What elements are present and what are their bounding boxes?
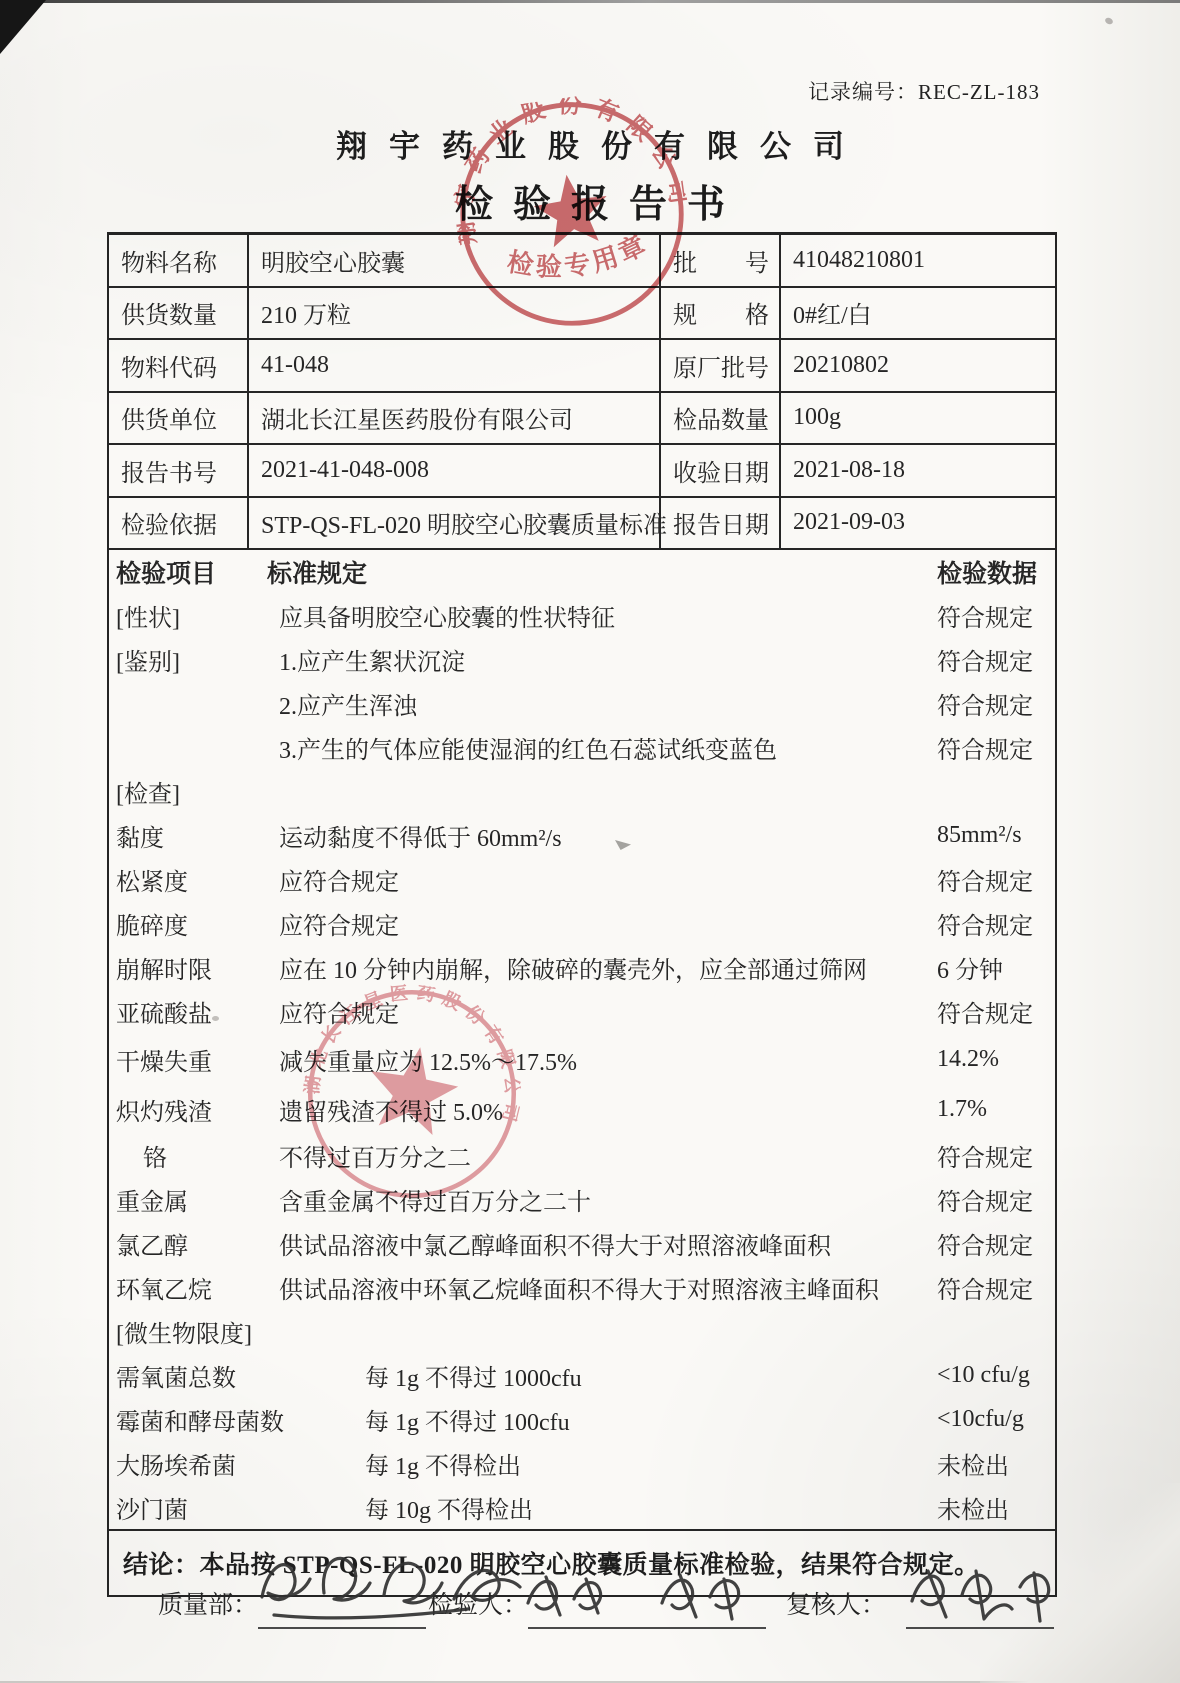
test-standard: 2.应产生浑浊 [279, 686, 937, 721]
test-result: <10cfu/g [937, 1406, 1055, 1433]
result-row: 松紧度 应符合规定 符合规定 [109, 857, 1055, 901]
star-icon [530, 170, 612, 250]
info-value: 2021-41-048-008 [247, 445, 659, 496]
results-header: 检验项目 标准规定 检验数据 [109, 550, 1055, 593]
results-header-item: 检验项目 [109, 554, 279, 590]
reviewer-signature-handwriting [892, 1543, 1072, 1635]
info-label: 供货数量 [109, 288, 247, 339]
result-row: 沙门菌 每 10g 不得检出 未检出 [109, 1485, 1055, 1529]
test-standard: 供试品溶液中环氧乙烷峰面积不得大于对照溶液主峰面积 [279, 1270, 937, 1305]
results-header-standard: 标准规定 [267, 554, 937, 590]
results-header-data: 检验数据 [937, 554, 1055, 590]
result-row: 环氧乙烷 供试品溶液中环氧乙烷峰面积不得大于对照溶液主峰面积 符合规定 [109, 1265, 1055, 1309]
test-standard: 1.应产生絮状沉淀 [279, 642, 937, 677]
test-item-name: 大肠埃希菌 [109, 1446, 279, 1481]
test-item-name: [检查] [109, 774, 279, 809]
supplier-stamp: 湖北长江星医药股份有限公司 [286, 968, 539, 1221]
test-standard: 运动黏度不得低于 60mm²/s [279, 818, 937, 853]
info-value: 0#红/白 [779, 288, 1055, 339]
qa-dept-label: 质量部： [158, 1585, 258, 1629]
test-result: 14.2% [937, 1046, 1055, 1073]
qa-signature [258, 1563, 426, 1629]
info-label: 物料名称 [109, 235, 247, 286]
test-result: 符合规定 [937, 906, 1055, 941]
result-row: 铬 不得过百万分之二 符合规定 [109, 1133, 1055, 1177]
info-table-row: 物料代码 41-048 原厂批号 20210802 [109, 340, 1055, 393]
test-result: 6 分钟 [937, 950, 1055, 985]
test-item-name: [性状] [109, 598, 279, 633]
test-item-name: 需氧菌总数 [109, 1358, 279, 1393]
inspector-signature [528, 1563, 766, 1629]
test-result: 符合规定 [937, 598, 1055, 633]
scan-speck [1104, 17, 1114, 26]
result-row: 霉菌和酵母菌数 每 1g 不得过 100cfu <10cfu/g [109, 1397, 1055, 1441]
result-row: 2.应产生浑浊 符合规定 [109, 681, 1055, 725]
qa-signature-handwriting [244, 1535, 544, 1635]
result-row: 需氧菌总数 每 1g 不得过 1000cfu <10 cfu/g [109, 1353, 1055, 1397]
test-result: 符合规定 [937, 1270, 1055, 1305]
test-item-name: 氯乙醇 [109, 1226, 279, 1261]
test-standard: 每 1g 不得检出 [279, 1446, 937, 1481]
inspector-signature-handwriting [514, 1551, 774, 1635]
test-result: 符合规定 [937, 686, 1055, 721]
test-item-name: 炽灼残渣 [109, 1092, 279, 1127]
test-standard: 应具备明胶空心胶囊的性状特征 [279, 598, 937, 633]
signature-section: 质量部： 检验人： 复核人： [158, 1563, 1118, 1629]
test-item-name: [微生物限度] [109, 1314, 279, 1349]
test-item-name: 霉菌和酵母菌数 [109, 1402, 279, 1437]
result-row: [鉴别] 1.应产生絮状沉淀 符合规定 [109, 637, 1055, 681]
scan-corner-artifact [0, 0, 46, 54]
test-item-name: 亚硫酸盐 [109, 994, 279, 1029]
info-table-row: 供货单位 湖北长江星医药股份有限公司 检品数量 100g [109, 393, 1055, 446]
report-page: 记录编号：REC-ZL-183 翔宇药业股份有限公司 检验报告书 物料名称 明胶… [0, 0, 1180, 1683]
info-value: 20210802 [779, 340, 1055, 391]
test-result: 符合规定 [937, 1226, 1055, 1261]
reviewer-label: 复核人： [786, 1585, 886, 1629]
test-item-name: [鉴别] [109, 642, 279, 677]
info-value: 湖北长江星医药股份有限公司 [247, 393, 659, 444]
test-result: 符合规定 [937, 1138, 1055, 1173]
test-standard: 应符合规定 [279, 906, 937, 941]
stamp-purpose-text: 检验专用章 [501, 227, 655, 290]
info-value: 41048210801 [779, 235, 1055, 286]
test-result: 85mm²/s [937, 822, 1055, 849]
test-result: 符合规定 [937, 862, 1055, 897]
test-standard: 供试品溶液中氯乙醇峰面积不得大于对照溶液峰面积 [279, 1226, 937, 1261]
result-row: [微生物限度] [109, 1309, 1055, 1353]
info-label: 收验日期 [659, 445, 779, 496]
test-item-name: 松紧度 [109, 862, 279, 897]
test-result: 符合规定 [937, 994, 1055, 1029]
record-number: 记录编号：REC-ZL-183 [808, 76, 1040, 106]
test-item-name: 脆碎度 [109, 906, 279, 941]
info-value: STP-QS-FL-020 明胶空心胶囊质量标准 [247, 498, 659, 549]
test-item-name: 沙门菌 [109, 1490, 279, 1525]
info-label: 报告日期 [659, 498, 779, 549]
test-result: 符合规定 [937, 1182, 1055, 1217]
info-label: 物料代码 [109, 340, 247, 391]
info-value: 41-048 [247, 340, 659, 391]
report-body: 物料名称 明胶空心胶囊 批 号 41048210801 供货数量 210 万粒 … [107, 232, 1057, 1597]
inspection-stamp: 翔宇药业股份有限公司 检验专用章 [441, 83, 703, 345]
result-row: 氯乙醇 供试品溶液中氯乙醇峰面积不得大于对照溶液峰面积 符合规定 [109, 1221, 1055, 1265]
result-row: 3.产生的气体应能使湿润的红色石蕊试纸变蓝色 符合规定 [109, 725, 1055, 769]
info-value: 2021-08-18 [779, 445, 1055, 496]
test-standard: 每 1g 不得过 1000cfu [279, 1358, 937, 1393]
result-row: 亚硫酸盐 应符合规定 符合规定 [109, 989, 1055, 1033]
result-row: 炽灼残渣 遗留残渣不得过 5.0% 1.7% [109, 1085, 1055, 1133]
test-item-name: 铬 [109, 1138, 279, 1173]
info-label: 检验依据 [109, 498, 247, 549]
test-result: 未检出 [937, 1490, 1055, 1525]
reviewer-signature [906, 1563, 1054, 1629]
test-item-name: 干燥失重 [109, 1042, 279, 1077]
test-item-name: 重金属 [109, 1182, 279, 1217]
result-row: 重金属 含重金属不得过百万分之二十 符合规定 [109, 1177, 1055, 1221]
result-row: 崩解时限 应在 10 分钟内崩解，除破碎的囊壳外，应全部通过筛网 6 分钟 [109, 945, 1055, 989]
test-result: 未检出 [937, 1446, 1055, 1481]
result-row: 大肠埃希菌 每 1g 不得检出 未检出 [109, 1441, 1055, 1485]
test-item-name: 崩解时限 [109, 950, 279, 985]
test-result: <10 cfu/g [937, 1362, 1055, 1389]
info-value: 2021-09-03 [779, 498, 1055, 549]
test-standard: 每 10g 不得检出 [279, 1490, 937, 1525]
info-table-row: 检验依据 STP-QS-FL-020 明胶空心胶囊质量标准 报告日期 2021-… [109, 498, 1055, 551]
test-item-name: 黏度 [109, 818, 279, 853]
test-standard: 3.产生的气体应能使湿润的红色石蕊试纸变蓝色 [279, 730, 937, 765]
info-label: 供货单位 [109, 393, 247, 444]
test-result: 符合规定 [937, 642, 1055, 677]
info-label: 报告书号 [109, 445, 247, 496]
info-label: 原厂批号 [659, 340, 779, 391]
test-item-name: 环氧乙烷 [109, 1270, 279, 1305]
star-icon [362, 1040, 464, 1138]
result-row: [性状] 应具备明胶空心胶囊的性状特征 符合规定 [109, 593, 1055, 637]
result-row: 干燥失重 减失重量应为 12.5%～17.5% 14.2% [109, 1033, 1055, 1085]
info-value: 100g [779, 393, 1055, 444]
result-row: 脆碎度 应符合规定 符合规定 [109, 901, 1055, 945]
test-result: 1.7% [937, 1096, 1055, 1123]
test-standard: 每 1g 不得过 100cfu [279, 1402, 937, 1437]
scan-edge-artifact [0, 0, 1180, 3]
info-table-row: 报告书号 2021-41-048-008 收验日期 2021-08-18 [109, 445, 1055, 498]
results-table: [性状] 应具备明胶空心胶囊的性状特征 符合规定 [鉴别] 1.应产生絮状沉淀 … [109, 593, 1055, 1529]
result-row: 黏度 运动黏度不得低于 60mm²/s 85mm²/s [109, 813, 1055, 857]
test-result: 符合规定 [937, 730, 1055, 765]
test-standard: 应符合规定 [279, 862, 937, 897]
result-row: [检查] [109, 769, 1055, 813]
info-label: 检品数量 [659, 393, 779, 444]
